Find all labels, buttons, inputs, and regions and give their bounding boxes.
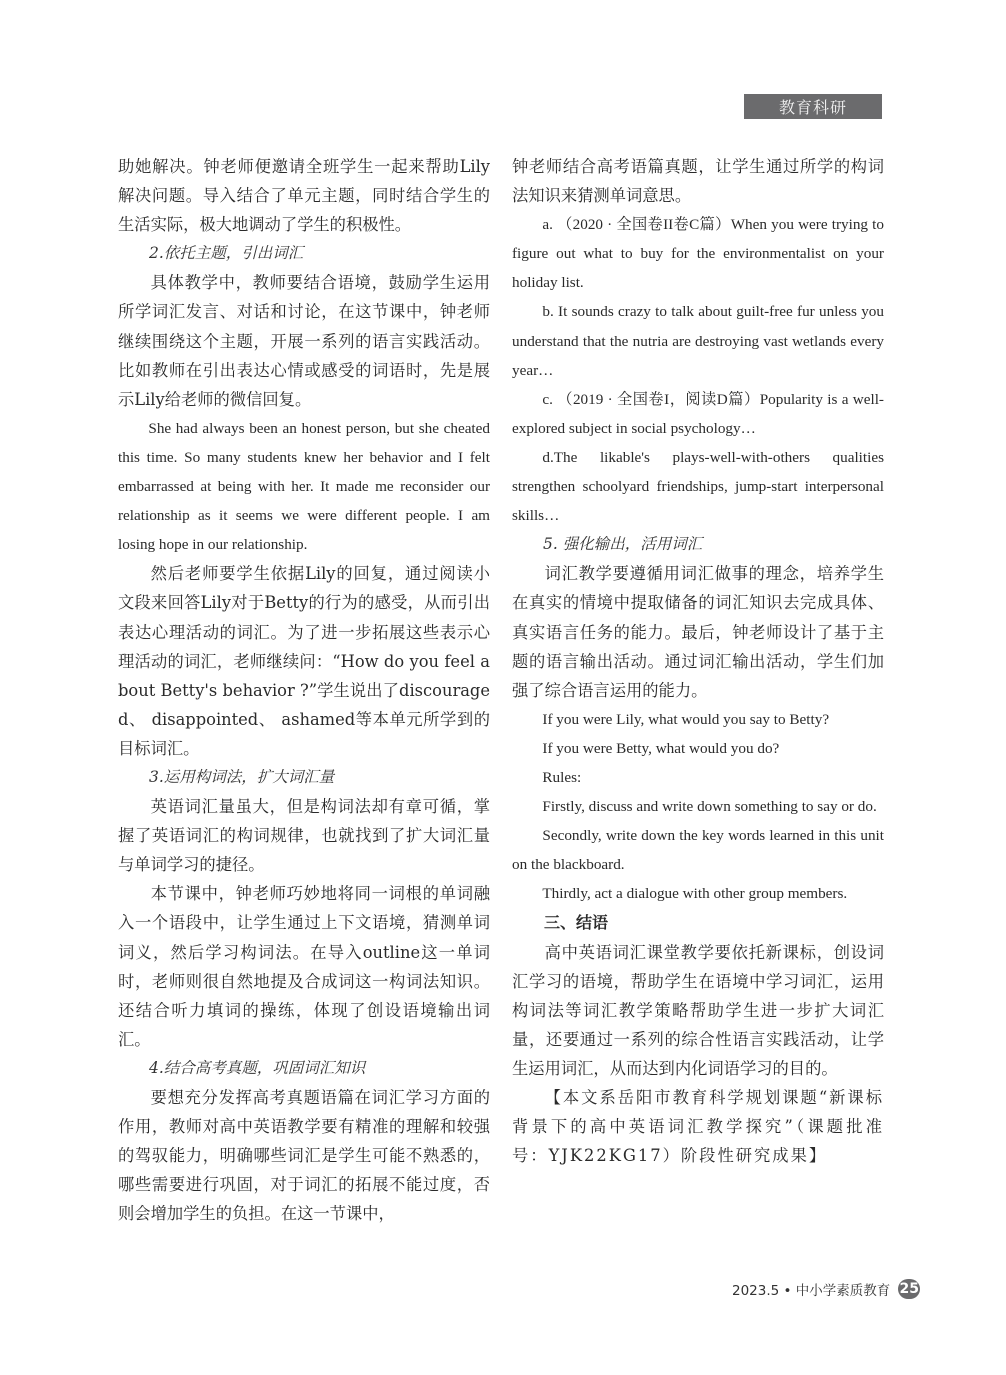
- rule-2: Secondly, write down the key words learn…: [512, 821, 884, 879]
- paragraph: 词汇教学要遵循用词汇做事的理念，培养学生在真实的情境中提取储备的词汇知识去完成具…: [512, 559, 884, 704]
- paragraph: 然后老师要学生依据Lily的回复，通过阅读小文段来回答Lily对于Betty的行…: [118, 559, 490, 763]
- rule-3: Thirdly, act a dialogue with other group…: [512, 879, 884, 908]
- paragraph: 具体教学中，教师要结合语境，鼓励学生运用所学词汇发言、对话和讨论，在这节课中，钟…: [118, 268, 490, 413]
- paragraph-continued: 助她解决。钟老师便邀请全班学生一起来帮助Lily解决问题。导入结合了单元主题，同…: [118, 152, 490, 239]
- example-c: c. （2019 · 全国卷I，阅读D篇）Popularity is a wel…: [512, 385, 884, 443]
- prompt-betty: If you were Betty, what would you do?: [512, 734, 884, 763]
- subheading-2: 2.依托主题，引出词汇: [118, 239, 490, 268]
- paragraph: 高中英语词汇课堂教学要依托新课标，创设词汇学习的语境，帮助学生在语境中学习词汇，…: [512, 938, 884, 1083]
- funding-note: 【本文系岳阳市教育科学规划课题“新课标背景下的高中英语词汇教学探究”（课题批准号…: [512, 1083, 884, 1170]
- paragraph: 英语词汇量虽大，但是构词法却有章可循，掌握了英语词汇的构词规律，也就找到了扩大词…: [118, 792, 490, 879]
- prompt-lily: If you were Lily, what would you say to …: [512, 705, 884, 734]
- left-column: 助她解决。钟老师便邀请全班学生一起来帮助Lily解决问题。导入结合了单元主题，同…: [118, 152, 490, 1228]
- example-b: b. It sounds crazy to talk about guilt-f…: [512, 297, 884, 384]
- rules-label: Rules:: [512, 763, 884, 792]
- subheading-5: 5. 强化输出，活用词汇: [512, 530, 884, 559]
- section-label: 教育科研: [779, 95, 847, 118]
- subheading-4: 4.结合高考真题，巩固词汇知识: [118, 1054, 490, 1083]
- section-label-tab: 教育科研: [744, 94, 882, 119]
- example-d: d.The likable's plays-well-with-others q…: [512, 443, 884, 530]
- page-number-badge: 25: [898, 1279, 920, 1299]
- paragraph-continued: 钟老师结合高考语篇真题，让学生通过所学的构词法知识来猜测单词意思。: [512, 152, 884, 210]
- example-a: a. （2020 · 全国卷II卷C篇）When you were trying…: [512, 210, 884, 297]
- subheading-3: 3.运用构词法，扩大词汇量: [118, 763, 490, 792]
- paragraph: 要想充分发挥高考真题语篇在词汇学习方面的作用，教师对高中英语教学要有精准的理解和…: [118, 1083, 490, 1228]
- page-footer: 2023.5 • 中小学素质教育 25: [732, 1279, 920, 1299]
- right-column: 钟老师结合高考语篇真题，让学生通过所学的构词法知识来猜测单词意思。 a. （20…: [512, 152, 884, 1170]
- section-heading-conclusion: 三、结语: [512, 908, 884, 937]
- english-quote: She had always been an honest person, bu…: [118, 414, 490, 559]
- paragraph: 本节课中，钟老师巧妙地将同一词根的单词融入一个语段中，让学生通过上下文语境，猜测…: [118, 879, 490, 1054]
- rule-1: Firstly, discuss and write down somethin…: [512, 792, 884, 821]
- issue-label: 2023.5 • 中小学素质教育: [732, 1279, 890, 1299]
